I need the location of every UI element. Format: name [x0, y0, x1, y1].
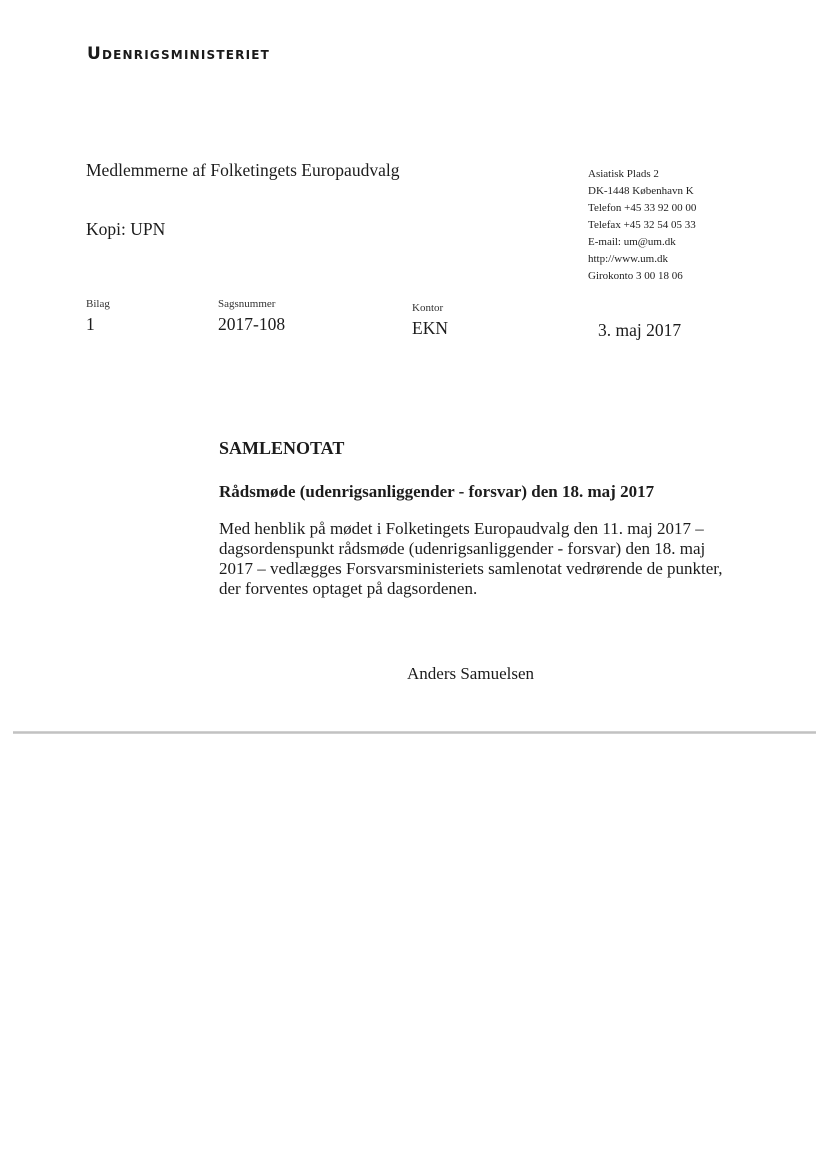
sagsnummer-value: 2017-108 — [218, 314, 285, 335]
sagsnummer-label: Sagsnummer — [218, 298, 275, 310]
address-line: Asiatisk Plads 2 — [588, 166, 696, 183]
document-title: SAMLENOTAT — [219, 438, 344, 459]
address-line: DK-1448 København K — [588, 183, 696, 200]
recipient: Medlemmerne af Folketingets Europaudvalg — [86, 160, 399, 181]
address-giro: Girokonto 3 00 18 06 — [588, 268, 696, 285]
address-website: http://www.um.dk — [588, 251, 696, 268]
sender-address: Asiatisk Plads 2 DK-1448 København K Tel… — [588, 166, 696, 285]
letter-date: 3. maj 2017 — [598, 320, 681, 341]
document-subtitle: Rådsmøde (udenrigsanliggender - forsvar)… — [219, 482, 654, 502]
address-phone: Telefon +45 33 92 00 00 — [588, 200, 696, 217]
address-email: E-mail: um@um.dk — [588, 234, 696, 251]
body-paragraph: Med henblik på mødet i Folketingets Euro… — [219, 519, 729, 599]
ministry-logo: Udenrigsministeriet — [87, 44, 270, 64]
address-fax: Telefax +45 32 54 05 33 — [588, 217, 696, 234]
kontor-value: EKN — [412, 318, 448, 339]
signature: Anders Samuelsen — [407, 664, 534, 684]
bilag-label: Bilag — [86, 298, 110, 310]
kontor-label: Kontor — [412, 302, 443, 314]
page-divider — [13, 731, 816, 734]
copy-recipient: Kopi: UPN — [86, 219, 165, 240]
bilag-value: 1 — [86, 314, 95, 335]
